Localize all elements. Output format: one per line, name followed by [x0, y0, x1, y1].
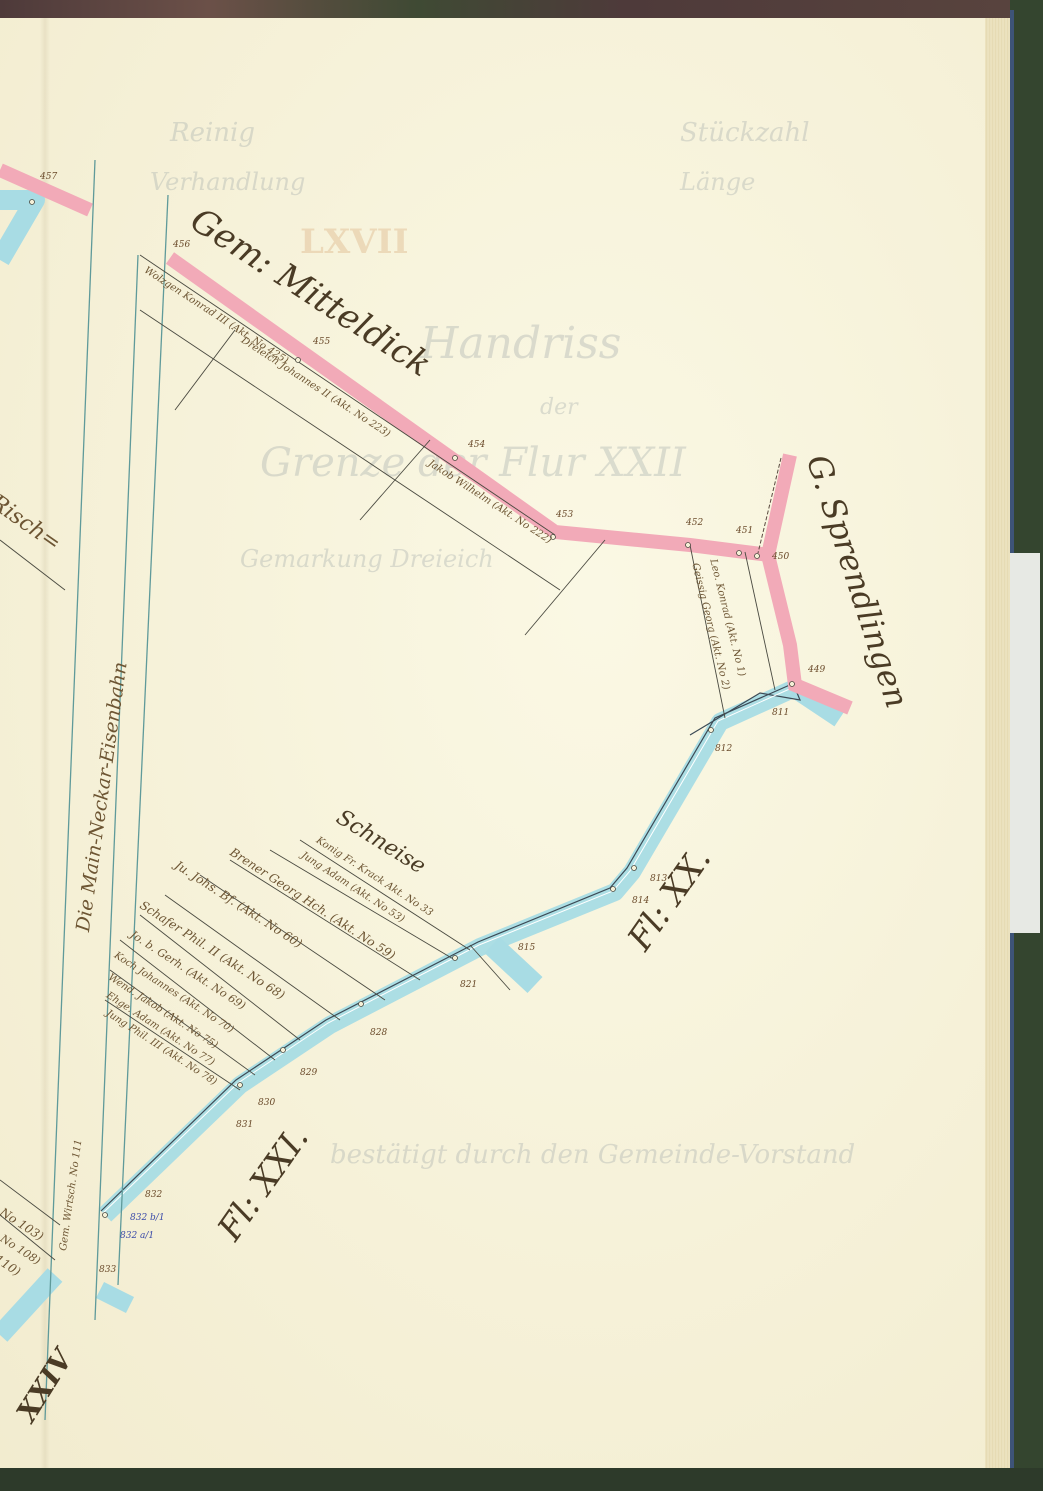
point-number: 814 — [632, 896, 649, 906]
point-number: 454 — [468, 440, 485, 450]
point-number: 453 — [556, 510, 573, 520]
point-number: 832 a/1 — [120, 1231, 154, 1241]
point-number: 815 — [518, 943, 535, 953]
municipal-boundary — [0, 170, 850, 708]
point-number: 813 — [650, 874, 667, 884]
point-number: 812 — [715, 744, 732, 754]
point-number: 830 — [258, 1098, 275, 1108]
point-number: 452 — [686, 518, 703, 528]
point-number: 456 — [173, 240, 190, 250]
point-number: 832 b/1 — [130, 1213, 165, 1223]
point-number: 828 — [370, 1028, 387, 1038]
point-number: 831 — [236, 1120, 253, 1130]
point-number: 449 — [808, 665, 825, 675]
point-number: 455 — [313, 337, 330, 347]
map-drawing — [0, 0, 1043, 1491]
point-number: 821 — [460, 980, 477, 990]
point-number: 451 — [736, 526, 753, 536]
point-number: 829 — [300, 1068, 317, 1078]
point-number: 450 — [772, 552, 789, 562]
point-number: 832 — [145, 1190, 162, 1200]
point-number: 811 — [772, 708, 789, 718]
point-number: 833 — [99, 1265, 116, 1275]
point-number: 457 — [40, 172, 57, 182]
